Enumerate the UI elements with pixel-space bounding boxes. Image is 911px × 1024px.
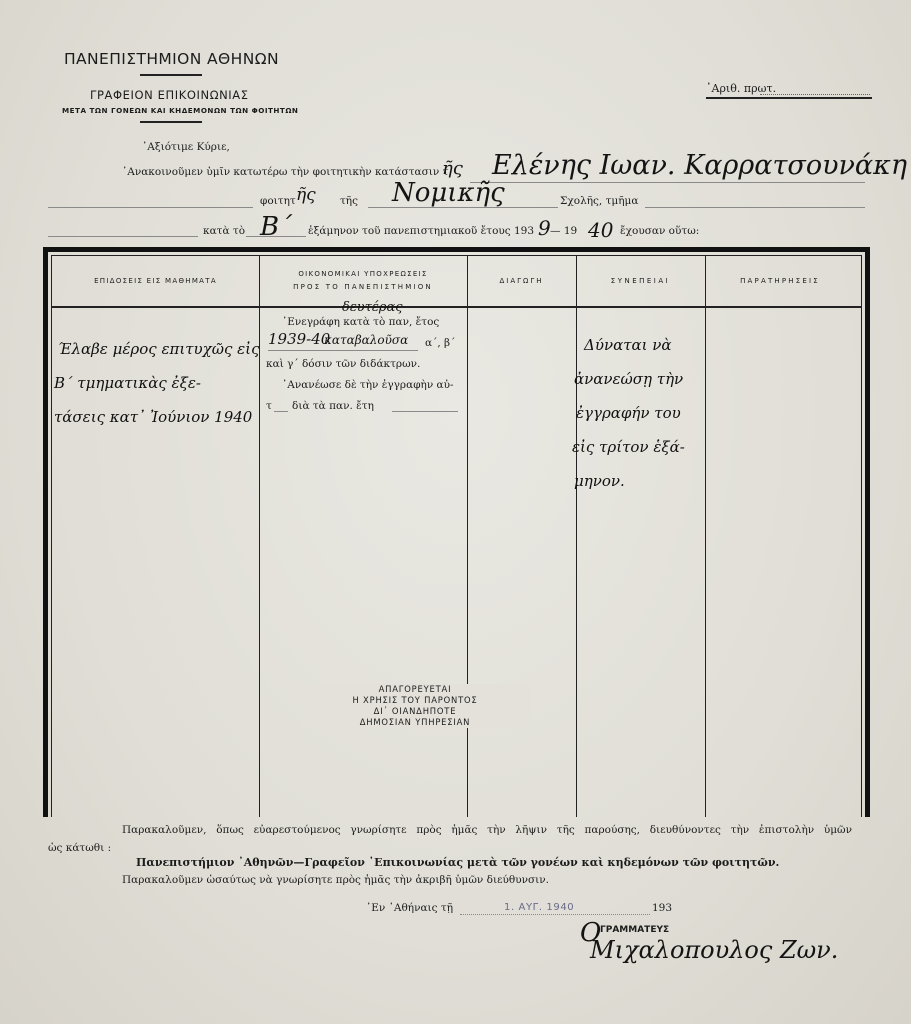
header-divider	[52, 306, 861, 308]
handwritten-line: ἀνανεώσῃ τὴν	[574, 370, 683, 388]
intro-suffix: ῆς	[442, 158, 463, 179]
handwritten-line: Β΄ τμηματικὰς ἐξε-	[54, 374, 201, 392]
of-label: τῆς	[340, 195, 358, 207]
column-label: ΣΥΝΕΠΕΙΑΙ	[611, 277, 670, 285]
footer-paragraph-2: Παρακαλοῦμεν ὡσαύτως νὰ γνωρίσητε πρὸς ἡ…	[122, 874, 549, 886]
student-label: φοιτητ	[260, 195, 296, 207]
handwritten-line: μηνον.	[574, 472, 625, 490]
office-title: ΓΡΑΦΕΙΟΝ ΕΠΙΚΟΙΝΩΝΙΑΣ	[90, 88, 249, 102]
handwritten-line: Έλαβε μέρος επιτυχῶς εἰς	[58, 340, 259, 358]
notice-line: ΔΗΜΟΣΙΑΝ ΥΠΗΡΕΣΙΑΝ	[300, 717, 530, 728]
school-label: Σχολῆς, τμῆμα	[560, 195, 638, 207]
notice-line: Η ΧΡΗΣΙΣ ΤΟΥ ΠΑΡΟΝΤΟΣ	[300, 695, 530, 706]
student-status-table: ΕΠΙΔΟΣΕΙΣ ΕΙΣ ΜΑΘΗΜΑΤΑ ΟΙΚΟΝΟΜΙΚΑΙ ΥΠΟΧΡ…	[43, 247, 870, 817]
intro-text: ᾿Ανακοινοῦμεν ὑμῖν κατωτέρω τὴν φοιτητικ…	[122, 166, 448, 178]
column-divider	[705, 256, 706, 817]
per-label: κατὰ τὸ	[203, 225, 245, 237]
column-header-financial: ΟΙΚΟΝΟΜΙΚΑΙ ΥΠΟΧΡΕΩΣΕΙΣ ΠΡΟΣ ΤΟ ΠΑΝΕΠΙΣΤ…	[259, 256, 467, 306]
divider	[140, 74, 202, 76]
column-label: ΠΑΡΑΤΗΡΗΣΕΙΣ	[740, 277, 820, 285]
semester-text: ἑξάμηνον τοῦ πανεπιστημιακοῦ ἔτους 193	[308, 225, 534, 237]
office-subtitle: ΜΕΤΑ ΤΩΝ ΓΟΝΕΩΝ ΚΑΙ ΚΗΔΕΜΟΝΩΝ ΤΩΝ ΦΟΙΤΗΤ…	[62, 106, 298, 115]
university-title: ΠΑΝΕΠΙΣΤΗΜΙΟΝ ΑΘΗΝΩΝ	[64, 50, 279, 68]
column-divider	[576, 256, 577, 817]
semester: Β΄	[260, 212, 292, 242]
paid-note: καταβαλοῦσα	[324, 333, 408, 347]
year-dash: — 19	[550, 225, 577, 237]
year-end: 40	[588, 218, 613, 242]
enrollment-year: 1939-40	[268, 330, 330, 348]
faculty: Νομικῆς	[392, 178, 505, 208]
renewal-text: ᾿Ανανέωσε δὲ τὴν ἐγγραφὴν αὐ-	[282, 375, 454, 396]
date-stamp: 1. ΑΥΓ. 1940	[504, 902, 574, 913]
student-suffix: ῆς	[296, 185, 316, 205]
place-label: ᾿Εν ᾿Αθήναις τῇ	[366, 902, 453, 914]
signatory-title: ΓΡΑΜΜΑΤΕΥΣ	[600, 925, 669, 935]
column-label: ΕΠΙΔΟΣΕΙΣ ΕΙΣ ΜΑΘΗΜΑΤΑ	[94, 277, 217, 285]
protocol-number-field	[760, 94, 870, 95]
column-header-consequences: ΣΥΝΕΠΕΙΑΙ	[576, 256, 705, 306]
field-line	[274, 411, 288, 412]
column-header-performance: ΕΠΙΔΟΣΕΙΣ ΕΙΣ ΜΑΘΗΜΑΤΑ	[52, 256, 259, 306]
name-field-line	[470, 182, 865, 183]
installments-text: α΄, β΄	[425, 333, 455, 354]
usage-prohibition-notice: ΑΠΑΓΟΡΕΥΕΤΑΙ Η ΧΡΗΣΙΣ ΤΟΥ ΠΑΡΟΝΤΟΣ ΔΙ᾿ Ο…	[300, 684, 530, 728]
column-divider	[467, 256, 468, 817]
notice-line: ΔΙ᾿ ΟΙΑΝΔΗΠΟΤΕ	[300, 706, 530, 717]
years-text: διὰ τὰ παν. ἔτη	[292, 396, 374, 417]
tuition-text: καὶ γ΄ δόσιν τῶν διδάκτρων.	[266, 354, 420, 375]
notice-line: ΑΠΑΓΟΡΕΥΕΤΑΙ	[300, 684, 530, 695]
signature: Μιχαλοπουλος Ζων.	[590, 936, 838, 964]
year-start: 9	[538, 216, 551, 240]
column-label-line2: ΠΡΟΣ ΤΟ ΠΑΝΕΠΙΣΤΗΜΙΟΝ	[293, 281, 433, 294]
renewal-suffix: τ	[266, 396, 272, 417]
divider	[140, 121, 202, 123]
column-label: ΟΙΚΟΝΟΜΙΚΑΙ ΥΠΟΧΡΕΩΣΕΙΣ	[298, 268, 427, 281]
student-name: Ελένης Ιωαν. Καρρατσουνάκη	[492, 150, 907, 181]
column-header-conduct: ΔΙΑΓΩΓΗ	[467, 256, 576, 306]
had-as-follows: ἔχουσαν οὕτω:	[620, 225, 699, 237]
field-line	[392, 411, 458, 412]
field-line	[48, 207, 253, 208]
divider	[706, 97, 872, 99]
date-field-line	[460, 914, 650, 915]
handwritten-line: εἰς τρίτον ἑξά-	[572, 438, 685, 456]
field-line	[48, 236, 198, 237]
handwritten-line: τάσεις κατ᾿ Ἰούνιον 1940	[54, 408, 252, 426]
handwritten-line: Δύναται νὰ	[584, 336, 672, 354]
column-label: ΔΙΑΓΩΓΗ	[499, 277, 543, 285]
salutation: ᾿Αξιότιμε Κύριε,	[142, 141, 230, 153]
footer-paragraph: Παρακαλοῦμεν, ὅπως εὐαρεστούμενος γνωρίσ…	[122, 824, 852, 836]
handwritten-line: ἐγγραφήν του	[576, 404, 681, 422]
footer-paragraph-cont: ὡς κάτωθι :	[48, 842, 111, 854]
column-header-remarks: ΠΑΡΑΤΗΡΗΣΕΙΣ	[705, 256, 855, 306]
field-line	[268, 350, 418, 351]
department-field-line	[645, 207, 865, 208]
return-address: Πανεπιστήμιον ᾿Αθηνῶν—Γραφεῖον ᾿Επικοινω…	[136, 856, 779, 869]
year-prefix: 193	[652, 902, 672, 914]
